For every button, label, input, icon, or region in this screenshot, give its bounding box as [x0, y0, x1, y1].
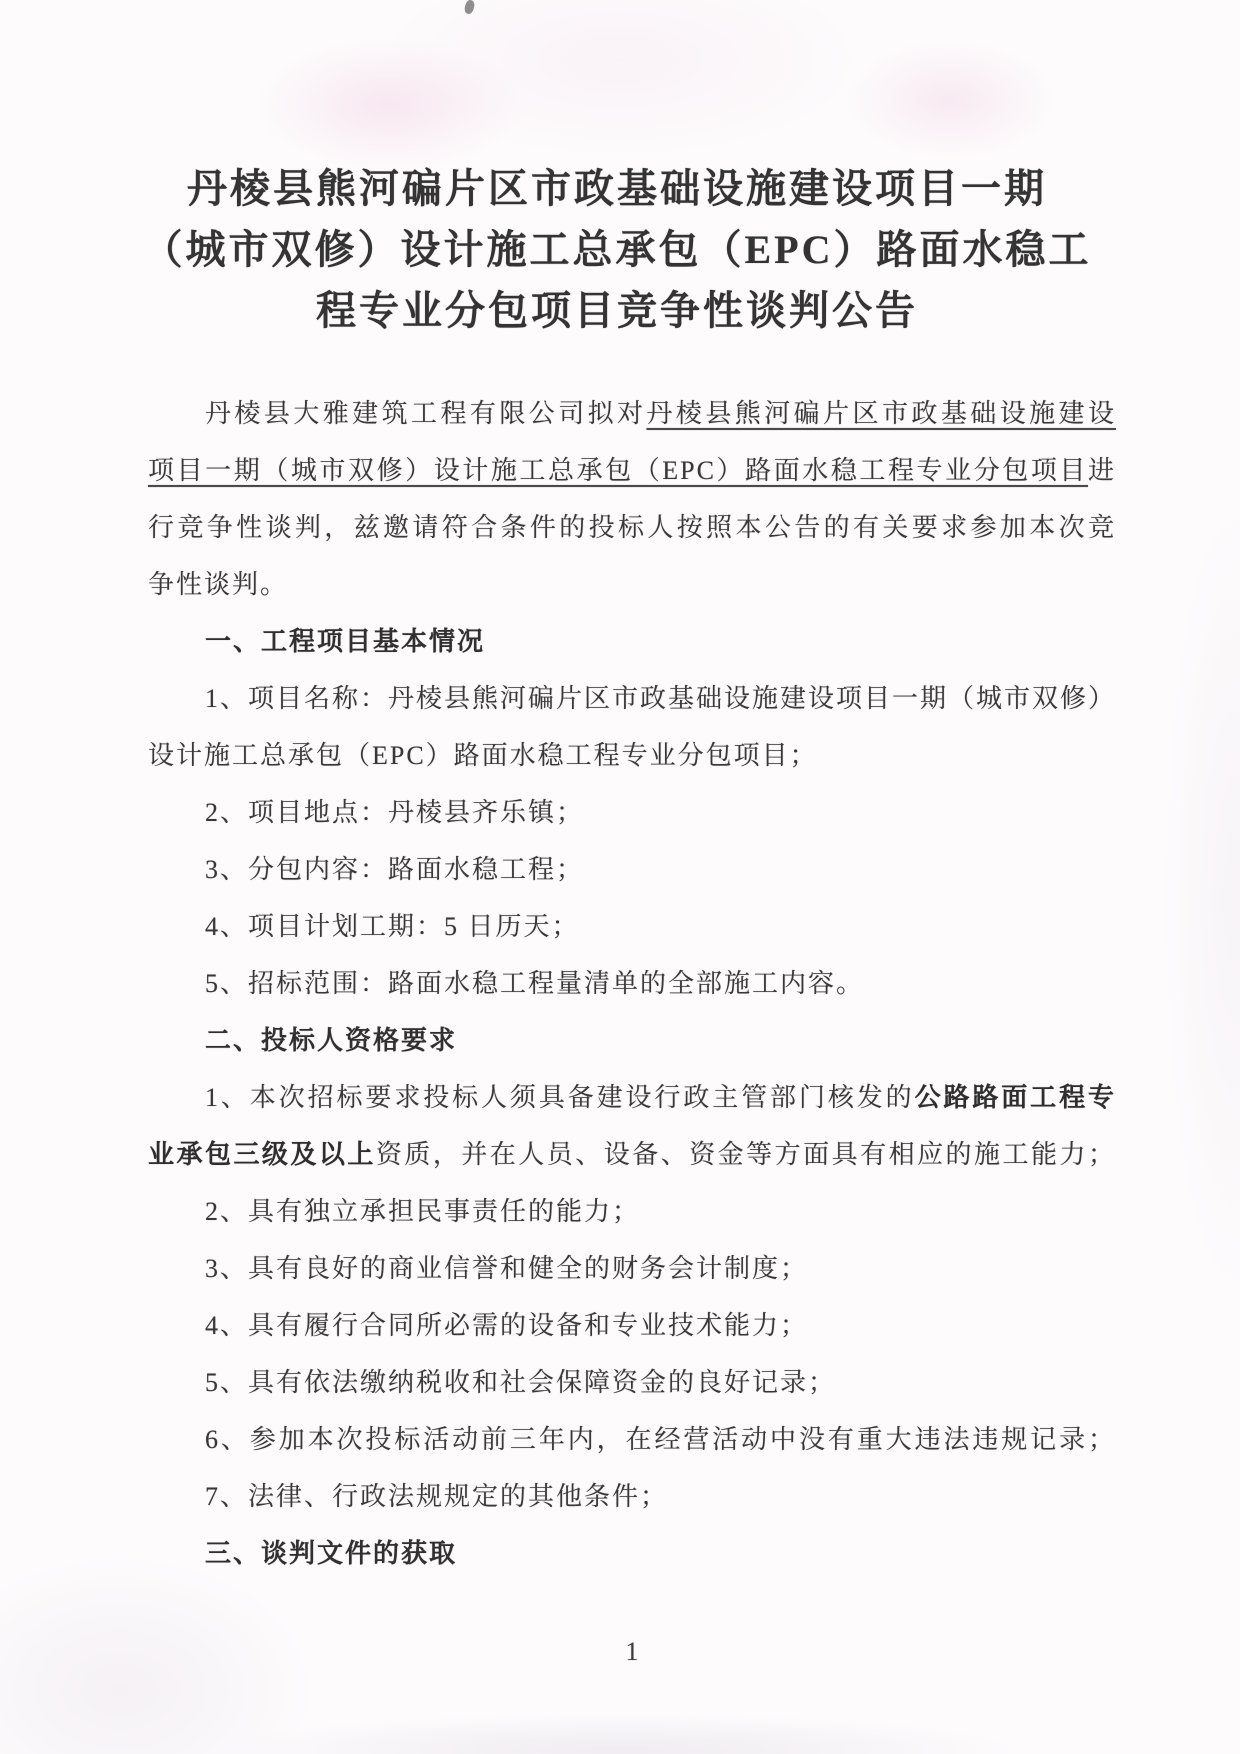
text-segment: 7、法律、行政法规规定的其他条件； [205, 1482, 668, 1511]
text-line: 三、谈判文件的获取 [148, 1525, 1116, 1582]
text-segment: 设计施工总承包（EPC）路面水稳工程专业分包项目； [148, 741, 818, 770]
section-2-heading: 二、投标人资格要求 [148, 1012, 1116, 1069]
text-segment: 进 [1088, 456, 1116, 485]
text-segment: 一、工程项目基本情况 [205, 627, 485, 656]
section-3-heading: 三、谈判文件的获取 [148, 1525, 1116, 1582]
text-line: 5、具有依法缴纳税收和社会保障资金的良好记录； [148, 1354, 1116, 1411]
text-line: 4、项目计划工期：5 日历天； [148, 898, 1116, 955]
text-line: 5、招标范围：路面水稳工程量清单的全部施工内容。 [148, 955, 1116, 1012]
bold-text: 公路路面工程专 [915, 1083, 1116, 1112]
scanned-document-page: 丹棱县熊河碥片区市政基础设施建设项目一期 （城市双修）设计施工总承包（EPC）路… [0, 0, 1240, 1754]
item-qualification-2: 2、具有独立承担民事责任的能力； [148, 1183, 1116, 1240]
section-1-heading: 一、工程项目基本情况 [148, 613, 1116, 670]
text-line: 2、项目地点：丹棱县齐乐镇； [148, 784, 1116, 841]
text-segment: 5、具有依法缴纳税收和社会保障资金的良好记录； [205, 1368, 836, 1397]
text-segment: 1、项目名称：丹棱县熊河碥片区市政基础设施建设项目一期（城市双修） [205, 684, 1116, 713]
underlined-text: 项目一期（城市双修）设计施工总承包（EPC）路面水稳工程专业分包项目 [148, 456, 1088, 485]
text-line: 争性谈判。 [148, 556, 1116, 613]
text-line: 业承包三级及以上资质，并在人员、设备、资金等方面具有相应的施工能力； [148, 1126, 1116, 1183]
text-segment: 2、项目地点：丹棱县齐乐镇； [205, 798, 584, 827]
text-segment: 三、谈判文件的获取 [205, 1539, 457, 1568]
text-segment: 5、招标范围：路面水稳工程量清单的全部施工内容。 [205, 969, 864, 998]
text-line: 3、分包内容：路面水稳工程； [148, 841, 1116, 898]
scan-speck-artifact [463, 0, 475, 15]
text-segment: 二、投标人资格要求 [205, 1026, 457, 1055]
text-segment: 资质，并在人员、设备、资金等方面具有相应的施工能力； [376, 1140, 1116, 1169]
text-line: 设计施工总承包（EPC）路面水稳工程专业分包项目； [148, 727, 1116, 784]
item-qualification-4: 4、具有履行合同所必需的设备和专业技术能力； [148, 1297, 1116, 1354]
page-number: 1 [148, 1632, 1116, 1672]
text-line: 2、具有独立承担民事责任的能力； [148, 1183, 1116, 1240]
item-qualification-6: 6、参加本次投标活动前三年内，在经营活动中没有重大违法违规记录； [148, 1411, 1116, 1468]
text-segment: 6、参加本次投标活动前三年内，在经营活动中没有重大违法违规记录； [205, 1425, 1116, 1454]
text-segment: 3、具有良好的商业信誉和健全的财务会计制度； [205, 1254, 808, 1283]
title-line-3: 程专业分包项目竞争性谈判公告 [133, 280, 1101, 341]
item-project-location: 2、项目地点：丹棱县齐乐镇； [148, 784, 1116, 841]
text-segment: 争性谈判。 [148, 570, 288, 599]
text-segment: 4、具有履行合同所必需的设备和专业技术能力； [205, 1311, 808, 1340]
item-project-duration: 4、项目计划工期：5 日历天； [148, 898, 1116, 955]
item-qualification-3: 3、具有良好的商业信誉和健全的财务会计制度； [148, 1240, 1116, 1297]
title-line-1: 丹棱县熊河碥片区市政基础设施建设项目一期 [133, 158, 1101, 219]
intro-paragraph: 丹棱县大雅建筑工程有限公司拟对丹棱县熊河碥片区市政基础设施建设项目一期（城市双修… [148, 385, 1116, 613]
text-line: 4、具有履行合同所必需的设备和专业技术能力； [148, 1297, 1116, 1354]
text-line: 二、投标人资格要求 [148, 1012, 1116, 1069]
text-segment: 丹棱县大雅建筑工程有限公司拟对 [205, 399, 647, 428]
item-bidding-scope: 5、招标范围：路面水稳工程量清单的全部施工内容。 [148, 955, 1116, 1012]
item-subcontract-content: 3、分包内容：路面水稳工程； [148, 841, 1116, 898]
text-segment: 1、本次招标要求投标人须具备建设行政主管部门核发的 [205, 1083, 915, 1112]
text-line: 6、参加本次投标活动前三年内，在经营活动中没有重大违法违规记录； [148, 1411, 1116, 1468]
text-segment: 行竞争性谈判，兹邀请符合条件的投标人按照本公告的有关要求参加本次竞 [148, 513, 1116, 542]
text-segment: 2、具有独立承担民事责任的能力； [205, 1197, 640, 1226]
text-line: 项目一期（城市双修）设计施工总承包（EPC）路面水稳工程专业分包项目进 [148, 442, 1116, 499]
document-title: 丹棱县熊河碥片区市政基础设施建设项目一期 （城市双修）设计施工总承包（EPC）路… [133, 158, 1101, 341]
bold-text: 业承包三级及以上 [148, 1140, 376, 1169]
item-qualification-1: 1、本次招标要求投标人须具备建设行政主管部门核发的公路路面工程专业承包三级及以上… [148, 1069, 1116, 1183]
item-qualification-7: 7、法律、行政法规规定的其他条件； [148, 1468, 1116, 1525]
document-body: 丹棱县大雅建筑工程有限公司拟对丹棱县熊河碥片区市政基础设施建设项目一期（城市双修… [148, 385, 1116, 1582]
text-segment: 4、项目计划工期：5 日历天； [205, 912, 580, 941]
text-segment: 3、分包内容：路面水稳工程； [205, 855, 584, 884]
text-line: 7、法律、行政法规规定的其他条件； [148, 1468, 1116, 1525]
text-line: 3、具有良好的商业信誉和健全的财务会计制度； [148, 1240, 1116, 1297]
item-project-name: 1、项目名称：丹棱县熊河碥片区市政基础设施建设项目一期（城市双修）设计施工总承包… [148, 670, 1116, 784]
text-line: 丹棱县大雅建筑工程有限公司拟对丹棱县熊河碥片区市政基础设施建设 [148, 385, 1116, 442]
title-line-2: （城市双修）设计施工总承包（EPC）路面水稳工 [133, 219, 1101, 280]
text-line: 行竞争性谈判，兹邀请符合条件的投标人按照本公告的有关要求参加本次竞 [148, 499, 1116, 556]
text-line: 1、本次招标要求投标人须具备建设行政主管部门核发的公路路面工程专 [148, 1069, 1116, 1126]
item-qualification-5: 5、具有依法缴纳税收和社会保障资金的良好记录； [148, 1354, 1116, 1411]
text-line: 1、项目名称：丹棱县熊河碥片区市政基础设施建设项目一期（城市双修） [148, 670, 1116, 727]
underlined-text: 丹棱县熊河碥片区市政基础设施建设 [647, 399, 1117, 428]
text-line: 一、工程项目基本情况 [148, 613, 1116, 670]
